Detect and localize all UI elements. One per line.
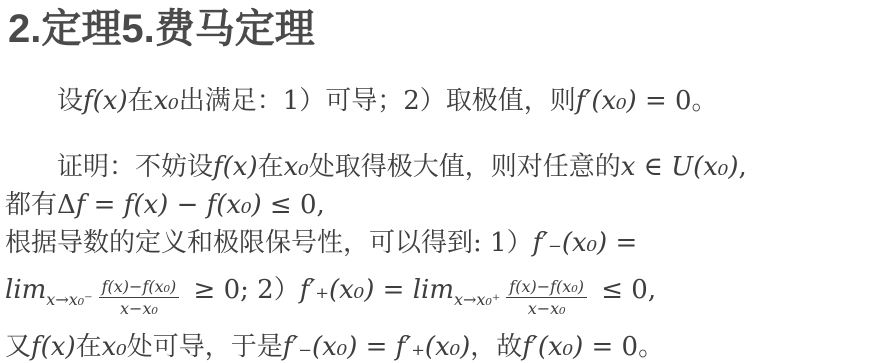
text-math: f′₊(x₀) [396, 332, 471, 362]
text-math: x [621, 152, 636, 182]
proof-line-4: limx→x₀⁻f(x)−f(x₀)x−x₀ ≥ 0; 2）f′₊(x₀) = … [5, 262, 869, 328]
fraction-numerator: f(x)−f(x₀) [506, 277, 587, 298]
text-cjk: 又 [5, 332, 31, 362]
text-cjk: 处可导，于是 [127, 332, 283, 362]
limit-subscript: x→x₀⁺ [454, 290, 500, 309]
proof-line-5: 又f(x)在x₀处可导，于是f′₋(x₀) = f′₊(x₀)，故f′(x₀) … [5, 328, 869, 363]
proof-line-1: 证明：不妨设f(x)在x₀处取得极大值，则对任意的x ∈ U(x₀), [5, 148, 869, 186]
text-cjk: 都有 [5, 190, 57, 220]
text-cjk: ，故 [470, 332, 522, 362]
text-upright: ≥ 0; 2） [185, 275, 299, 305]
text-cjk: 证明：不妨设 [57, 152, 213, 182]
text-cjk: 处取得极大值，则对任意的 [309, 152, 621, 182]
minus-symbol: − [168, 190, 206, 220]
text-math: f′₋(x₀) [283, 332, 358, 362]
text-math: f′(x₀) [522, 332, 583, 362]
text-math: x₀ [154, 86, 179, 116]
theorem-statement-line: 设f(x)在x₀出满足：1）可导；2）取极值，则f′(x₀) = 0。 [5, 82, 869, 120]
text-math: x₀ [102, 332, 127, 362]
text-upright: = 0。 [583, 332, 664, 362]
limit-operator: lim [413, 275, 454, 305]
proof-line-2: 都有Δf = f(x) − f(x₀) ≤ 0, [5, 186, 869, 224]
page-title: 2.定理5.费马定理 [8, 6, 869, 52]
text-math: f′₊(x₀) [300, 275, 375, 305]
limit-operator: lim [5, 275, 46, 305]
fraction-denominator: x−x₀ [506, 298, 587, 318]
text-math: U(x₀) [671, 152, 738, 182]
text-math: f′(x₀) [576, 86, 637, 116]
delta-symbol: Δ [57, 190, 76, 220]
text-upright: ≤ 0, [262, 190, 325, 220]
document-page: 2.定理5.费马定理 设f(x)在x₀出满足：1）可导；2）取极值，则f′(x₀… [0, 0, 877, 363]
text-upright: = [374, 275, 412, 305]
text-cjk: 在 [76, 332, 102, 362]
text-cjk: 根据导数的定义和极限保号性，可以得到: 1） [5, 228, 533, 258]
text-math: f(x) [213, 152, 258, 182]
text-math: f(x) [83, 86, 128, 116]
text-math: f [76, 190, 86, 220]
fraction-numerator: f(x)−f(x₀) [99, 277, 180, 298]
text-math: f(x) [31, 332, 76, 362]
text-cjk: 设 [57, 86, 83, 116]
text-upright: = 0。 [637, 86, 718, 116]
text-math: x₀ [284, 152, 309, 182]
text-upright: = [607, 228, 637, 258]
element-of-symbol: ∈ [635, 152, 671, 182]
fraction: f(x)−f(x₀)x−x₀ [506, 277, 587, 318]
text-cjk: 在 [128, 86, 154, 116]
text-math: f(x₀) [207, 190, 262, 220]
fraction-denominator: x−x₀ [99, 298, 180, 318]
fraction: f(x)−f(x₀)x−x₀ [99, 277, 180, 318]
proof-line-3: 根据导数的定义和极限保号性，可以得到: 1）f′₋(x₀) = [5, 224, 869, 262]
text-upright: , [738, 152, 746, 182]
text-math: f′₋(x₀) [533, 228, 608, 258]
text-cjk: 出满足：1）可导；2）取极值，则 [179, 86, 576, 116]
text-upright: = [357, 332, 395, 362]
text-cjk: 在 [258, 152, 284, 182]
text-upright: ≤ 0, [593, 275, 656, 305]
text-math: f(x) [124, 190, 169, 220]
text-upright: = [85, 190, 123, 220]
limit-subscript: x→x₀⁻ [46, 290, 92, 309]
